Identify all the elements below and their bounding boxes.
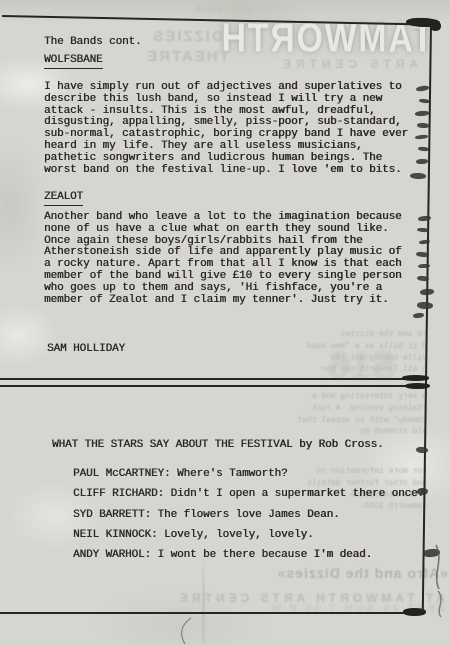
paper-fold-line (202, 552, 205, 645)
page-edge-curl-mark (429, 543, 450, 618)
pen-squiggle-mark (176, 617, 198, 645)
ink-smudge (415, 111, 429, 117)
ink-blob-bottom-right (403, 608, 426, 616)
stars-heading: WHAT THE STARS SAY ABOUT THE FESTIVAL by… (52, 440, 384, 452)
wolfsbane-heading-wrap: WOLFSBANE (44, 55, 103, 69)
ghost-column-upper: ro and the Dizzies d it bills as a "New-… (285, 329, 427, 376)
ink-smudge (413, 312, 424, 318)
ink-smudge (416, 85, 430, 92)
fanzine-scanned-page: presents TAMWORTH ARTS CENTRE DIZZIES TH… (0, 0, 450, 645)
zealot-heading: ZEALOT (44, 192, 83, 206)
border-bottom (0, 612, 424, 614)
ink-smudge (416, 159, 428, 165)
ghost-presents-text: presents (182, 1, 252, 15)
ink-blob-top-right-2 (430, 21, 441, 31)
wolfsbane-heading: WOLFSBANE (44, 55, 103, 69)
wolfsbane-paragraph: I have simply run out of adjectives and … (44, 82, 422, 176)
author-byline: SAM HOLLIDAY (47, 344, 125, 356)
stars-quotes: PAUL McCARTNEY: Where's Tamworth? CLIFF … (73, 464, 438, 565)
zealot-paragraph: Another band who leave a lot to the imag… (44, 212, 422, 306)
section-cont-note: The Bands cont. (44, 37, 142, 49)
ink-smudge (416, 447, 428, 454)
ink-smudge (417, 123, 429, 129)
divider-line-upper (0, 378, 428, 380)
divider-line-lower (0, 385, 428, 387)
ink-smudge (420, 289, 434, 296)
ink-blob-divider-end (402, 375, 429, 381)
ghost-dizzy-theatre-text: DIZZIES THEATRE (136, 27, 238, 67)
ink-smudge (410, 173, 426, 180)
ink-smudge (417, 302, 433, 310)
ghost-column-mid: b very interesting and e rtaining evenin… (278, 391, 427, 438)
zealot-heading-wrap: ZEALOT (44, 192, 83, 206)
ghost-arts-centre-text: ARTS CENTRE (252, 57, 444, 71)
ink-blob-divider-end-2 (405, 383, 430, 389)
ink-smudge (415, 134, 428, 139)
